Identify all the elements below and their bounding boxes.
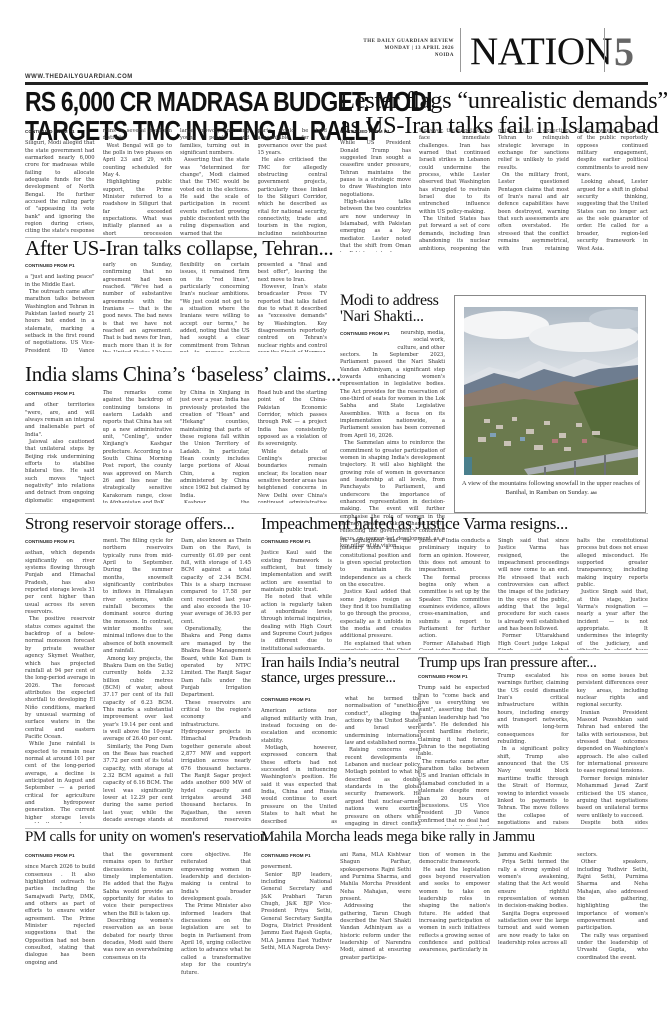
continued-label: CONTINUED FROM P1 xyxy=(25,852,95,859)
paragraph: The Prime Minister also informed leaders… xyxy=(181,903,251,976)
text-column: CONTINUED FROM P1While US President Dona… xyxy=(340,128,411,252)
paragraph: Justice of India conducts a preliminary … xyxy=(419,538,490,575)
paragraph: Operationally, the Bhakra and Pong dams … xyxy=(181,626,251,699)
text-column: core objective. He reiterated that empow… xyxy=(181,852,251,1014)
paragraph: He highlighted that the judiciary holds … xyxy=(340,538,411,589)
text-column: what he termed the normalisation of "une… xyxy=(345,696,421,826)
paragraph: large crowds, including young people and… xyxy=(180,128,250,157)
headline-iran-hails[interactable]: Iran hails India’s neutral stance, urges… xyxy=(261,656,399,687)
paragraph: Iranian President Masoud Pezeshkian said… xyxy=(577,710,648,776)
paragraph: ress on some issues but persistent diffe… xyxy=(577,673,648,710)
paragraph: Addressing the gathering, Tarun Chugh de… xyxy=(340,903,411,962)
text-column: CONTINUED FROM P1powerment.Senior BJP le… xyxy=(261,852,332,1014)
paragraph: Justice Kaul said the existing framework… xyxy=(261,550,332,594)
paragraph: On the military front, Lester questioned… xyxy=(498,172,569,252)
text-column: CONTINUED FROM P1American actions nor al… xyxy=(261,696,337,826)
edition-city: NOIDA xyxy=(314,52,454,59)
mountain-photo[interactable] xyxy=(464,307,638,475)
landscape-image xyxy=(464,307,638,475)
text-column: CONTINUED FROM P1since March 2026 to bui… xyxy=(25,852,95,1014)
text-column: CONTINUED FROM P1Justice Kaul said the e… xyxy=(261,538,332,650)
paragraph: and other territories "were, are, and wi… xyxy=(25,402,95,439)
article-body: CONTINUED FROM P1since March 2026 to bui… xyxy=(25,852,251,1014)
paragraph: Former foreign minister Mohammad Javad Z… xyxy=(577,776,648,820)
headline-trump[interactable]: Trump ups Iran pressure after... xyxy=(418,656,597,671)
text-column: States, where a majority of the public r… xyxy=(577,128,648,252)
text-column: CONTINUED FROM P1Trump said he expected … xyxy=(418,673,489,826)
paragraph: Among key projects, the Bhakra Dam on th… xyxy=(103,656,173,744)
paragraph: However, Iran's state broadcaster Press … xyxy=(258,284,328,352)
paragraph: halts the constitutional process but doe… xyxy=(577,538,648,589)
paragraph: The outreach came after marathon talks b… xyxy=(25,289,95,352)
text-column: party would be held accountable for its … xyxy=(258,128,328,235)
paragraph: Jammu and Kashmir. xyxy=(498,852,569,859)
article-body: CONTINUED FROM P1While US President Dona… xyxy=(340,128,648,252)
text-column: ani Rana, MLA Kishtwar Shagun Parihar, s… xyxy=(340,852,411,1014)
paragraph: He explained that when complaints arise,… xyxy=(340,641,411,650)
text-column: tion of women in the democratic framewor… xyxy=(419,852,490,1014)
article-body: CONTINUED FROM P1and other territories "… xyxy=(25,390,327,503)
paragraph: rains in several northern districts. xyxy=(103,128,173,143)
photo-caption: A view of the mountains following snowfa… xyxy=(461,480,641,498)
paragraph: powerment. xyxy=(261,864,332,871)
paragraph: Asserting that the state was "determined… xyxy=(180,157,250,235)
paragraph: Dam, also known as Thein Dam on the Ravi… xyxy=(181,538,251,626)
paragraph: The remarks came after marathon talks be… xyxy=(418,759,489,826)
paragraph: In a significant policy shift, Trump als… xyxy=(497,746,568,826)
section-divider xyxy=(261,653,648,654)
text-column: CONTINUED FROM P1Siliguri, Modi alleged … xyxy=(25,128,95,235)
paragraph: by China in Xinjiang in just over a year… xyxy=(180,390,250,500)
paragraph: Justice Kaul added that some judges resi… xyxy=(340,589,411,640)
article-body: CONTINUED FROM P1asthan, which depends s… xyxy=(25,538,251,823)
paragraph: Jaiswal also cautioned that unilateral s… xyxy=(25,439,95,503)
text-column: guing that expecting Tehran to relinquis… xyxy=(498,128,569,252)
paragraph: Former Allahabad High Court judge Ravind… xyxy=(419,641,490,650)
paragraph: Other speakers, including Yudhvir Sethi,… xyxy=(577,859,648,932)
headline-china[interactable]: India slams China’s ‘baseless’ claims... xyxy=(25,364,341,385)
continued-label: CONTINUED FROM P1 xyxy=(25,262,95,269)
masthead-divider xyxy=(604,28,605,72)
continued-label: CONTINUED FROM P1 xyxy=(340,128,411,135)
text-column: early on Sunday, confirming that no agre… xyxy=(103,262,173,352)
continued-label: CONTINUED FROM P1 xyxy=(261,852,332,859)
paragraph: West Bengal will go to the polls in two … xyxy=(103,143,173,180)
paragraph: presented a "final and best offer", leav… xyxy=(258,262,328,284)
text-column: ment. The filling cycle for northern res… xyxy=(103,538,173,823)
paragraph: ment. The filling cycle for northern res… xyxy=(103,538,173,656)
paragraph: Kashgar, the administrative centre for t… xyxy=(180,500,250,503)
paragraph: Siliguri, Modi alleged that the state go… xyxy=(25,140,95,235)
paragraph: Highlighting public support, the Prime M… xyxy=(103,179,173,235)
paragraph: Similarly, the Pong Dam on the Beas has … xyxy=(103,744,173,823)
article-body: CONTINUED FROM P1powerment.Senior BJP le… xyxy=(261,852,648,1014)
paragraph: While June rainfall is expected to remai… xyxy=(25,741,95,823)
continued-label: CONTINUED FROM P1 xyxy=(25,538,95,545)
paragraph: Describing women's reservation as an iss… xyxy=(103,918,173,962)
text-column: Road hub and the starting point of the C… xyxy=(258,390,328,503)
masthead-rule xyxy=(25,82,648,85)
article-body: CONTINUED FROM P1Justice Kaul said the e… xyxy=(261,538,648,650)
paragraph: Trump escalated his warnings further, cl… xyxy=(497,673,568,746)
article-body: CONTINUED FROM P1Siliguri, Modi alleged … xyxy=(25,128,327,235)
paragraph: what he termed the normalisation of "une… xyxy=(345,696,421,747)
text-column: CONTINUED FROM P1asthan, which depends s… xyxy=(25,538,95,823)
text-column: Singh said that since Justice Varma has … xyxy=(498,538,569,650)
site-url[interactable]: WWW.THEDAILYGUARDIAN.COM xyxy=(25,74,133,80)
publication-name: THE DAILY GUARDIAN REVIEW xyxy=(314,38,454,45)
continued-label: CONTINUED FROM P1 xyxy=(418,673,489,680)
paragraph: guing that expecting Tehran to relinquis… xyxy=(498,128,569,172)
paragraph: that the government remains open to furt… xyxy=(103,852,173,918)
paragraph: sectors. xyxy=(577,852,648,859)
text-column: ress on some issues but persistent diffe… xyxy=(577,673,648,826)
text-column: Dam, also known as Thein Dam on the Ravi… xyxy=(181,538,251,823)
paragraph: Priya Sethi termed the rally a strong sy… xyxy=(498,859,569,910)
photo-box: A view of the mountains following snowfa… xyxy=(454,295,646,513)
text-column: by China in Xinjiang in just over a year… xyxy=(180,390,250,503)
paragraph: The United States has put forward a set … xyxy=(419,216,490,252)
paragraph: Raising concerns over recent development… xyxy=(345,747,421,826)
text-column: sectors.Other speakers, including Yudhvi… xyxy=(577,852,648,1014)
text-column: Justice of India conducts a preliminary … xyxy=(419,538,490,650)
paragraph: While details of Cenling's precise bound… xyxy=(258,449,328,503)
paragraph: sectors. In September 2023, Parliament p… xyxy=(340,352,445,440)
paragraph: Sanjita Dogra expressed satisfaction ove… xyxy=(498,911,569,948)
text-column: He highlighted that the judiciary holds … xyxy=(340,538,411,650)
text-column: large crowds, including young people and… xyxy=(180,128,250,235)
publication-dateline: THE DAILY GUARDIAN REVIEW MONDAY | 13 AP… xyxy=(314,38,454,59)
paragraph: He noted that while action is regularly … xyxy=(261,594,332,650)
headline-nari-shakti[interactable]: Modi to address 'Nari Shakti... xyxy=(340,293,439,326)
photo-credit: ANI xyxy=(591,491,597,495)
paragraph: since March 2026 to build consensus . It… xyxy=(25,864,95,967)
text-column: that the government remains open to furt… xyxy=(103,852,173,1014)
paragraph: tion of women in the democratic framewor… xyxy=(419,852,490,867)
paragraph: He also criticised the TMC for allegedly… xyxy=(258,157,328,235)
page-number: 5 xyxy=(614,30,634,74)
paragraph: States, where a majority of the public r… xyxy=(577,128,648,179)
headline-pm-unity[interactable]: PM calls for unity on women's reservatio… xyxy=(25,830,267,845)
headline-impeachment[interactable]: Impeachment halted as Justice Varma resi… xyxy=(261,515,568,532)
paragraph: Senior BJP leaders, including National G… xyxy=(261,872,332,953)
headline-mahila-morcha[interactable]: Mahila Morcha leads mega bike rally in J… xyxy=(261,830,535,845)
paragraph: early on Sunday, confirming that no agre… xyxy=(103,262,173,352)
text-column: CONTINUED FROM P1a "just and lasting pea… xyxy=(25,262,95,352)
masthead-divider xyxy=(460,28,461,72)
paragraph: However, the negotiations face immediate… xyxy=(419,128,490,216)
article-body: CONTINUED FROM P1Trump said he expected … xyxy=(418,673,648,826)
paragraph: He said the legislation goes beyond rese… xyxy=(419,867,490,955)
continued-label: CONTINUED FROM P1 xyxy=(340,330,390,352)
continued-label: CONTINUED FROM P1 xyxy=(25,128,95,135)
text-column: CONTINUED FROM P1and other territories "… xyxy=(25,390,95,503)
paragraph: Former Uttarakhand High Court judge Lokp… xyxy=(498,633,569,650)
paragraph: Singh said that since Justice Varma has … xyxy=(498,538,569,633)
paragraph: These reservoirs are critical to the reg… xyxy=(181,700,251,823)
paragraph: Justice Singh said that, at this stage, … xyxy=(577,589,648,650)
text-column: However, the negotiations face immediate… xyxy=(419,128,490,252)
article-body: CONTINUED FROM P1American actions nor al… xyxy=(261,696,421,826)
paragraph: Road hub and the starting point of the C… xyxy=(258,390,328,449)
paragraph: The rally was organised under the leader… xyxy=(577,933,648,962)
paragraph: The Sammelan aims to reinforce the commi… xyxy=(340,440,445,550)
text-column: flexibility on certain issues, it remain… xyxy=(180,262,250,352)
paragraph: a "just and lasting peace" in the Middle… xyxy=(25,274,95,289)
paragraph: While US President Donald Trump has sugg… xyxy=(340,140,411,199)
issue-date: MONDAY | 13 APRIL 2026 xyxy=(314,45,454,52)
paragraph: The positive reservoir status comes agai… xyxy=(25,616,95,741)
paragraph: High-stakes talks between the two countr… xyxy=(340,199,411,252)
text-column: halts the constitutional process but doe… xyxy=(577,538,648,650)
paragraph: Trump said he expected Iran to "come bac… xyxy=(418,685,489,758)
paragraph: The formal process begins only when a co… xyxy=(419,575,490,641)
continued-label: CONTINUED FROM P1 xyxy=(261,538,332,545)
paragraph: American actions nor aligned militarily … xyxy=(261,708,337,745)
continued-label: CONTINUED FROM P1 xyxy=(261,696,337,703)
headline-reservoir[interactable]: Strong reservoir storage offers... xyxy=(25,515,234,532)
paragraph: party would be held accountable for its … xyxy=(258,128,328,157)
article-body: CONTINUED FROM P1a "just and lasting pea… xyxy=(25,262,327,352)
paragraph: Looking ahead, Lester argued for a shift… xyxy=(577,179,648,252)
paragraph: The remarks come against the backdrop of… xyxy=(103,390,173,503)
paragraph: core objective. He reiterated that empow… xyxy=(181,852,251,903)
paragraph: asthan, which depends significantly on r… xyxy=(25,550,95,616)
text-column: Trump escalated his warnings further, cl… xyxy=(497,673,568,826)
paragraph: ani Rana, MLA Kishtwar Shagun Parihar, s… xyxy=(340,852,411,903)
paragraph: flexibility on certain issues, it remain… xyxy=(180,262,250,352)
paragraph: Motlagh, however, expressed concern that… xyxy=(261,745,337,826)
text-column: presented a "final and best offer", leav… xyxy=(258,262,328,352)
continued-label: CONTINUED FROM P1 xyxy=(25,390,95,397)
headline-after-talks[interactable]: After US-Iran talks collapse, Tehran... xyxy=(25,238,333,259)
paragraph: Despite both sides signalling willingnes… xyxy=(577,820,648,826)
text-column: Jammu and Kashmir.Priya Sethi termed the… xyxy=(498,852,569,1014)
text-column: rains in several northern districts.West… xyxy=(103,128,173,235)
section-title: NATION xyxy=(470,30,612,74)
text-column: The remarks come against the backdrop of… xyxy=(103,390,173,503)
